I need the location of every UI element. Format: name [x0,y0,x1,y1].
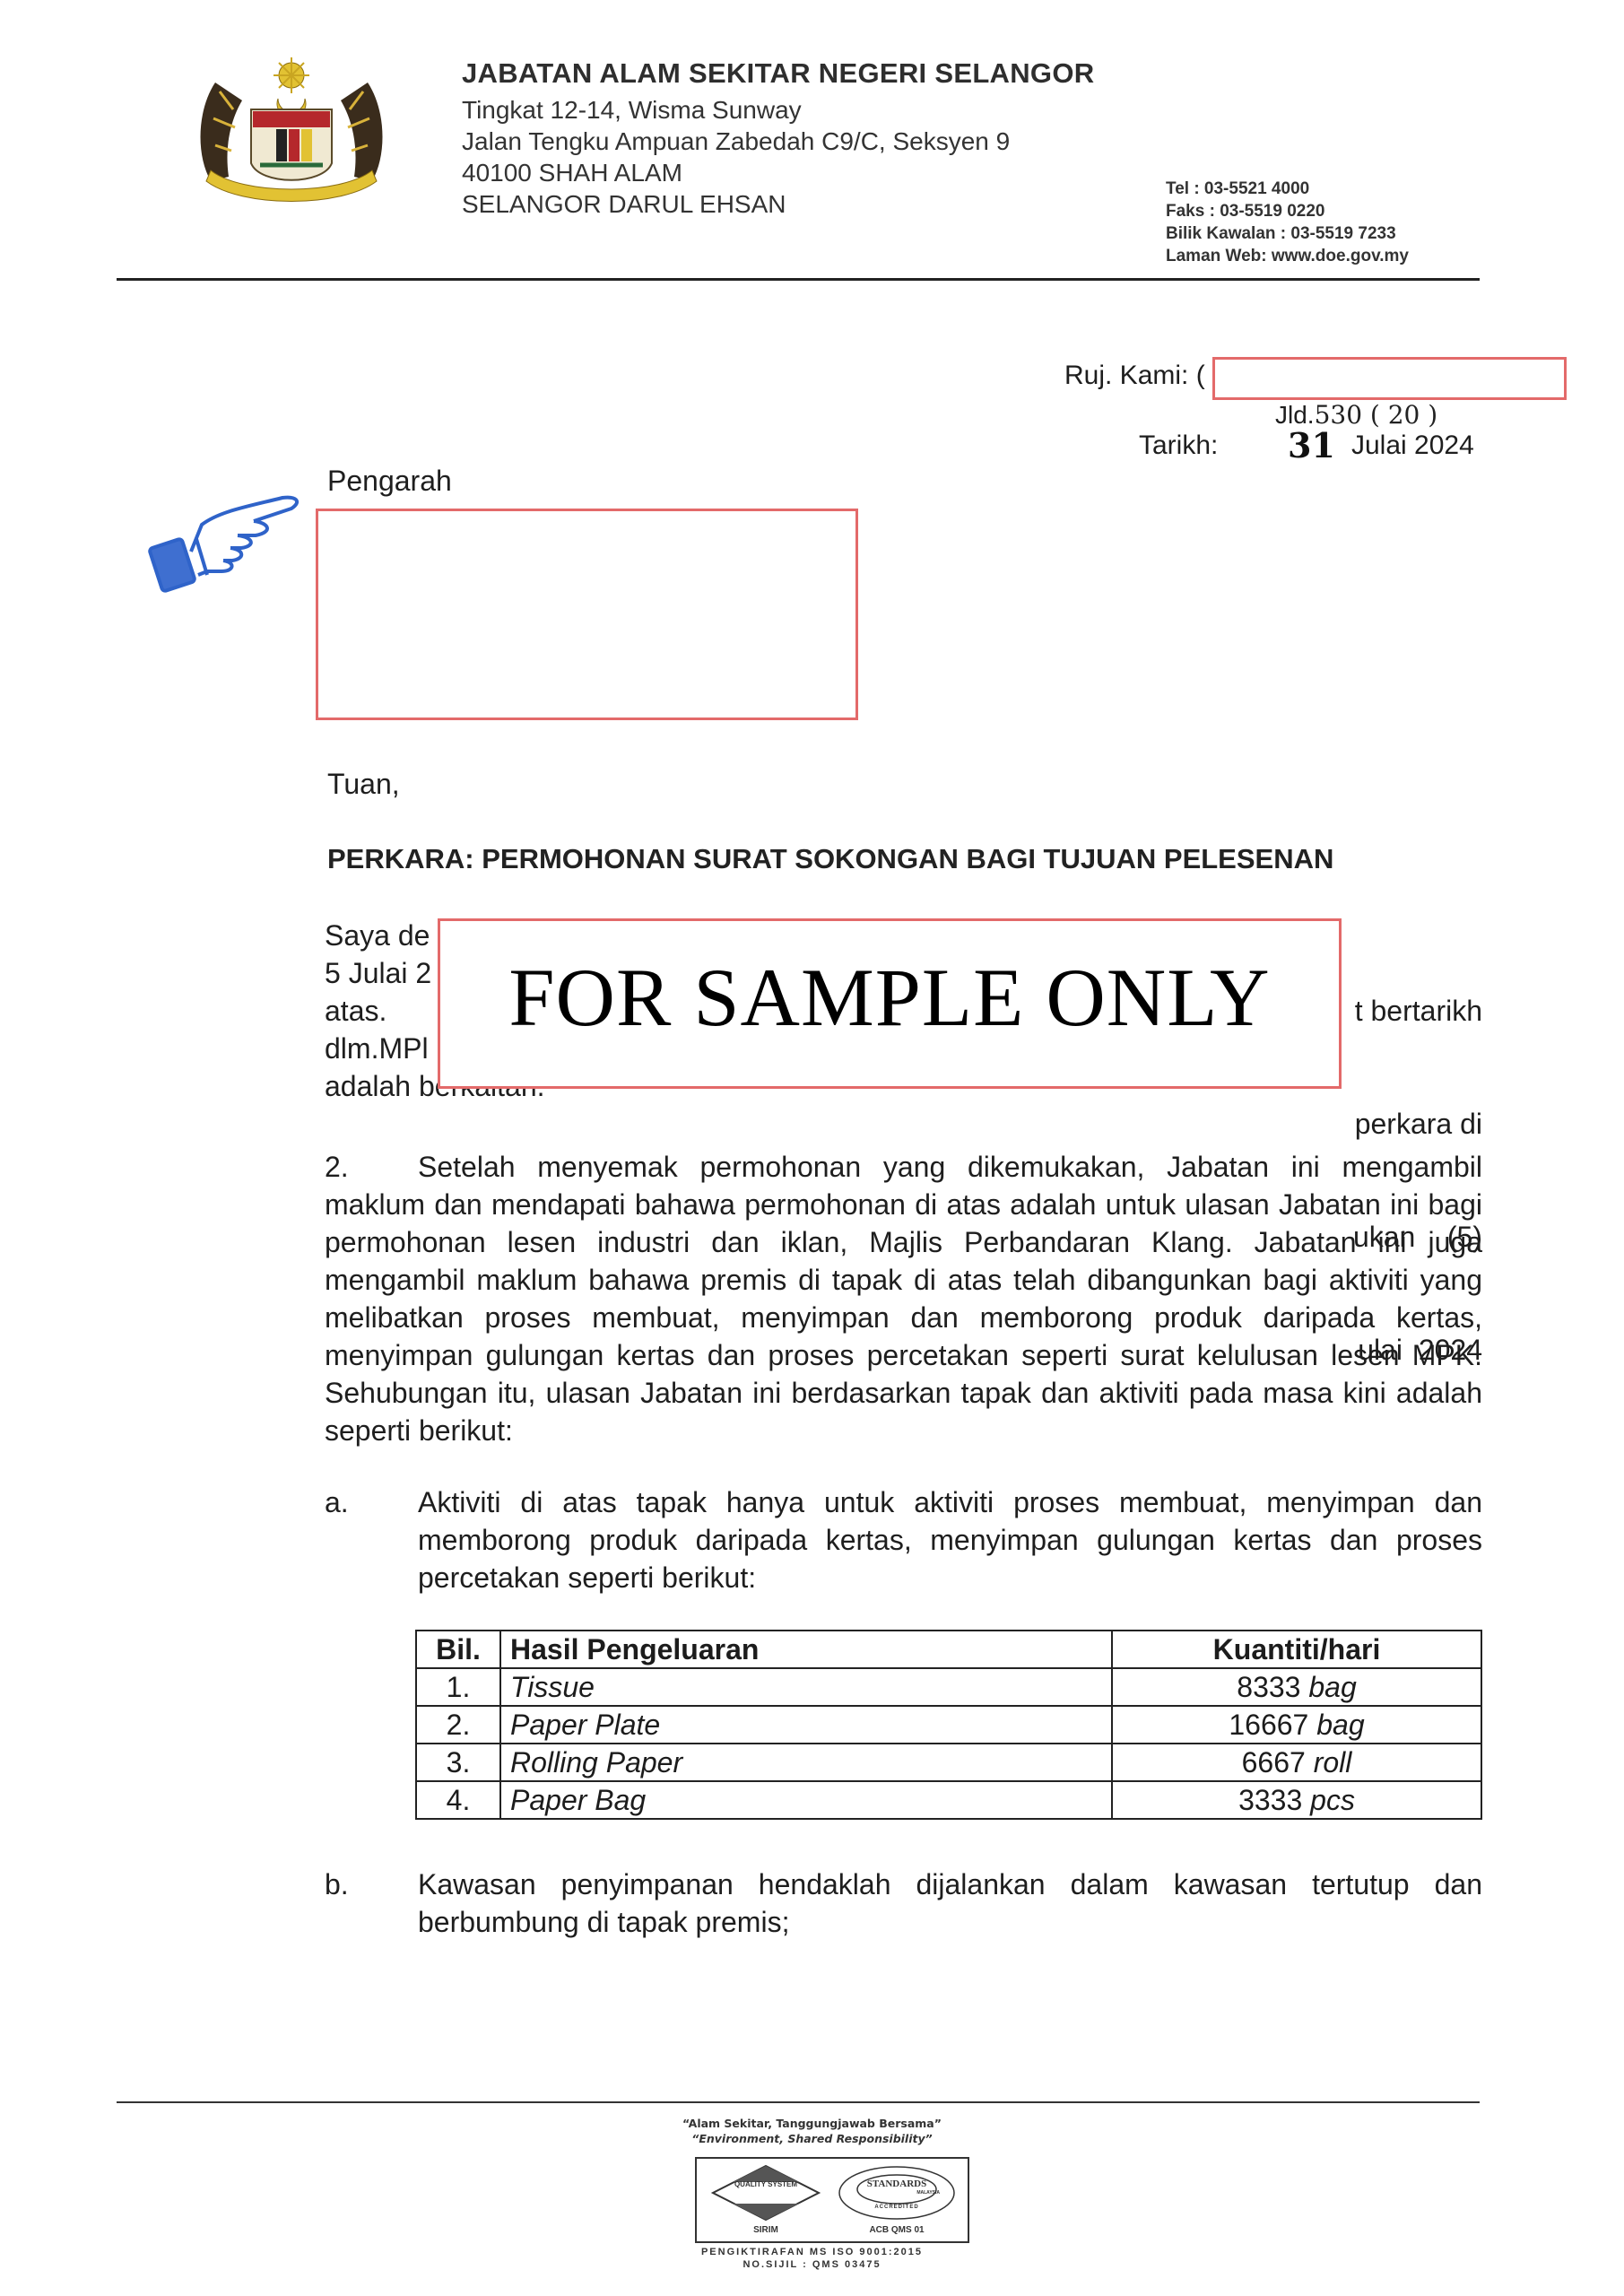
handwritten-day: 31 [1288,425,1335,465]
salutation: Tuan, [327,768,400,801]
paragraph-2-number: 2. [325,1148,418,1186]
footer-divider [117,2101,1480,2103]
paragraph-2: 2.Setelah menyemak permohonan yang dikem… [325,1148,1482,1449]
control-room: Bilik Kawalan : 03-5519 7233 [1166,222,1409,245]
item-a-text: Aktiviti di atas tapak hanya untuk aktiv… [418,1483,1482,1596]
quality-system-icon [709,2164,822,2222]
production-table: Bil. Hasil Pengeluaran Kuantiti/hari 1. … [415,1630,1482,1820]
coat-of-arms-icon [188,56,395,208]
date-label: Tarikh: [1139,430,1218,461]
subject-line: PERKARA: PERMOHONAN SURAT SOKONGAN BAGI … [327,843,1333,875]
table-row: 2. Paper Plate 16667 bag [416,1706,1481,1744]
motto-english: “Environment, Shared Responsibility” [0,2132,1624,2145]
redacted-reference [1212,357,1567,400]
header-quantity: Kuantiti/hari [1112,1631,1481,1668]
address-line: SELANGOR DARUL EHSAN [462,190,786,219]
sirim-caption: SIRIM [709,2225,822,2235]
header-bil: Bil. [416,1631,500,1668]
sample-watermark-text: FOR SAMPLE ONLY [440,950,1339,1045]
website: Laman Web: www.doe.gov.my [1166,245,1409,267]
acb-caption: ACB QMS 01 [836,2225,958,2235]
header-product: Hasil Pengeluaran [500,1631,1112,1668]
reference-label: Ruj. Kami: ( [1064,361,1205,391]
fax: Faks : 03-5519 0220 [1166,200,1409,222]
address-line: Jalan Tengku Ampuan Zabedah C9/C, Seksye… [462,127,1010,156]
table-row: 3. Rolling Paper 6667 roll [416,1744,1481,1781]
certificate-number: NO.SIJIL : QMS 03475 [0,2259,1624,2270]
item-b-text: Kawasan penyimpanan hendaklah dijalankan… [418,1865,1482,1941]
sample-watermark-box: FOR SAMPLE ONLY [438,918,1342,1089]
address-line: 40100 SHAH ALAM [462,159,682,187]
header-divider [117,278,1480,281]
date-month-year: Julai 2024 [1351,430,1474,461]
organization-name: JABATAN ALAM SEKITAR NEGERI SELANGOR [462,57,1094,90]
item-a-label: a. [325,1483,349,1521]
pointing-hand-icon [148,489,327,596]
item-b-label: b. [325,1865,349,1903]
certification-box: QUALITY SYSTEM SIRIM STANDARDS MALAYSIA … [695,2157,969,2243]
contact-block: Tel : 03-5521 4000 Faks : 03-5519 0220 B… [1166,178,1409,267]
redacted-recipient-address [316,509,858,720]
tel: Tel : 03-5521 4000 [1166,178,1409,200]
table-row: 4. Paper Bag 3333 pcs [416,1781,1481,1819]
table-header-row: Bil. Hasil Pengeluaran Kuantiti/hari [416,1631,1481,1668]
table-row: 1. Tissue 8333 bag [416,1668,1481,1706]
motto-malay: “Alam Sekitar, Tanggungjawab Bersama” [0,2117,1624,2130]
address-line: Tingkat 12-14, Wisma Sunway [462,96,802,125]
recipient-title: Pengarah [327,465,452,498]
iso-recognition: PENGIKTIRAFAN MS ISO 9001:2015 [0,2247,1624,2257]
paragraph-2-text: Setelah menyemak permohonan yang dikemuk… [325,1151,1482,1447]
